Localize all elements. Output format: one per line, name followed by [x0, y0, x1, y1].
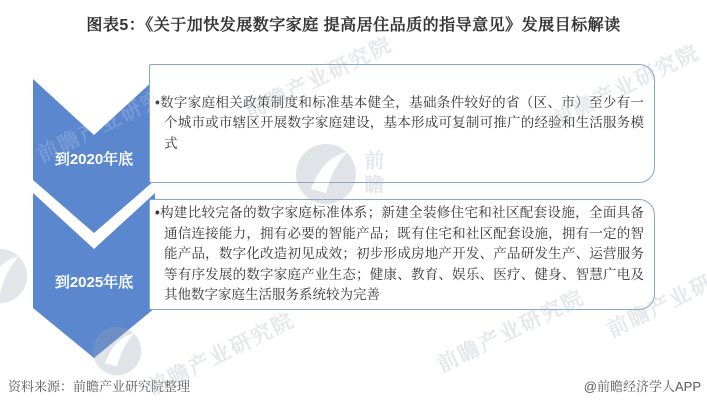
stage-box-2020: •数字家庭相关政策制度和标准基本健全，基础条件较好的省（区、市）至少有一个城市或… — [149, 64, 655, 183]
app-credit: @前瞻经济学人APP — [584, 376, 701, 395]
stage-label-2020: 到2020年底 — [33, 148, 155, 169]
stage-text-2025: •构建比较完备的数字家庭标准体系；新建全装修住宅和社区配套设施，全面具备通信连接… — [155, 203, 644, 306]
figure-title: 图表5：《关于加快发展数字家庭 提高居住品质的指导意见》发展目标解读 — [0, 12, 707, 35]
figure: 图表5：《关于加快发展数字家庭 提高居住品质的指导意见》发展目标解读 到2020… — [0, 0, 707, 407]
stage-text-2020-content: 数字家庭相关政策制度和标准基本健全，基础条件较好的省（区、市）至少有一个城市或市… — [160, 95, 644, 151]
stage-text-2025-content: 构建比较完备的数字家庭标准体系；新建全装修住宅和社区配套设施，全面具备通信连接能… — [160, 205, 644, 302]
stage-label-2025: 到2025年底 — [33, 271, 155, 292]
stage-text-2020: •数字家庭相关政策制度和标准基本健全，基础条件较好的省（区、市）至少有一个城市或… — [155, 93, 644, 155]
stage-box-2025: •构建比较完备的数字家庭标准体系；新建全装修住宅和社区配套设施，全面具备通信连接… — [149, 199, 655, 310]
watermark-logo-icon — [0, 248, 28, 304]
watermark-logo-icon — [92, 326, 142, 376]
source-note: 资料来源：前瞻产业研究院整理 — [8, 376, 190, 395]
